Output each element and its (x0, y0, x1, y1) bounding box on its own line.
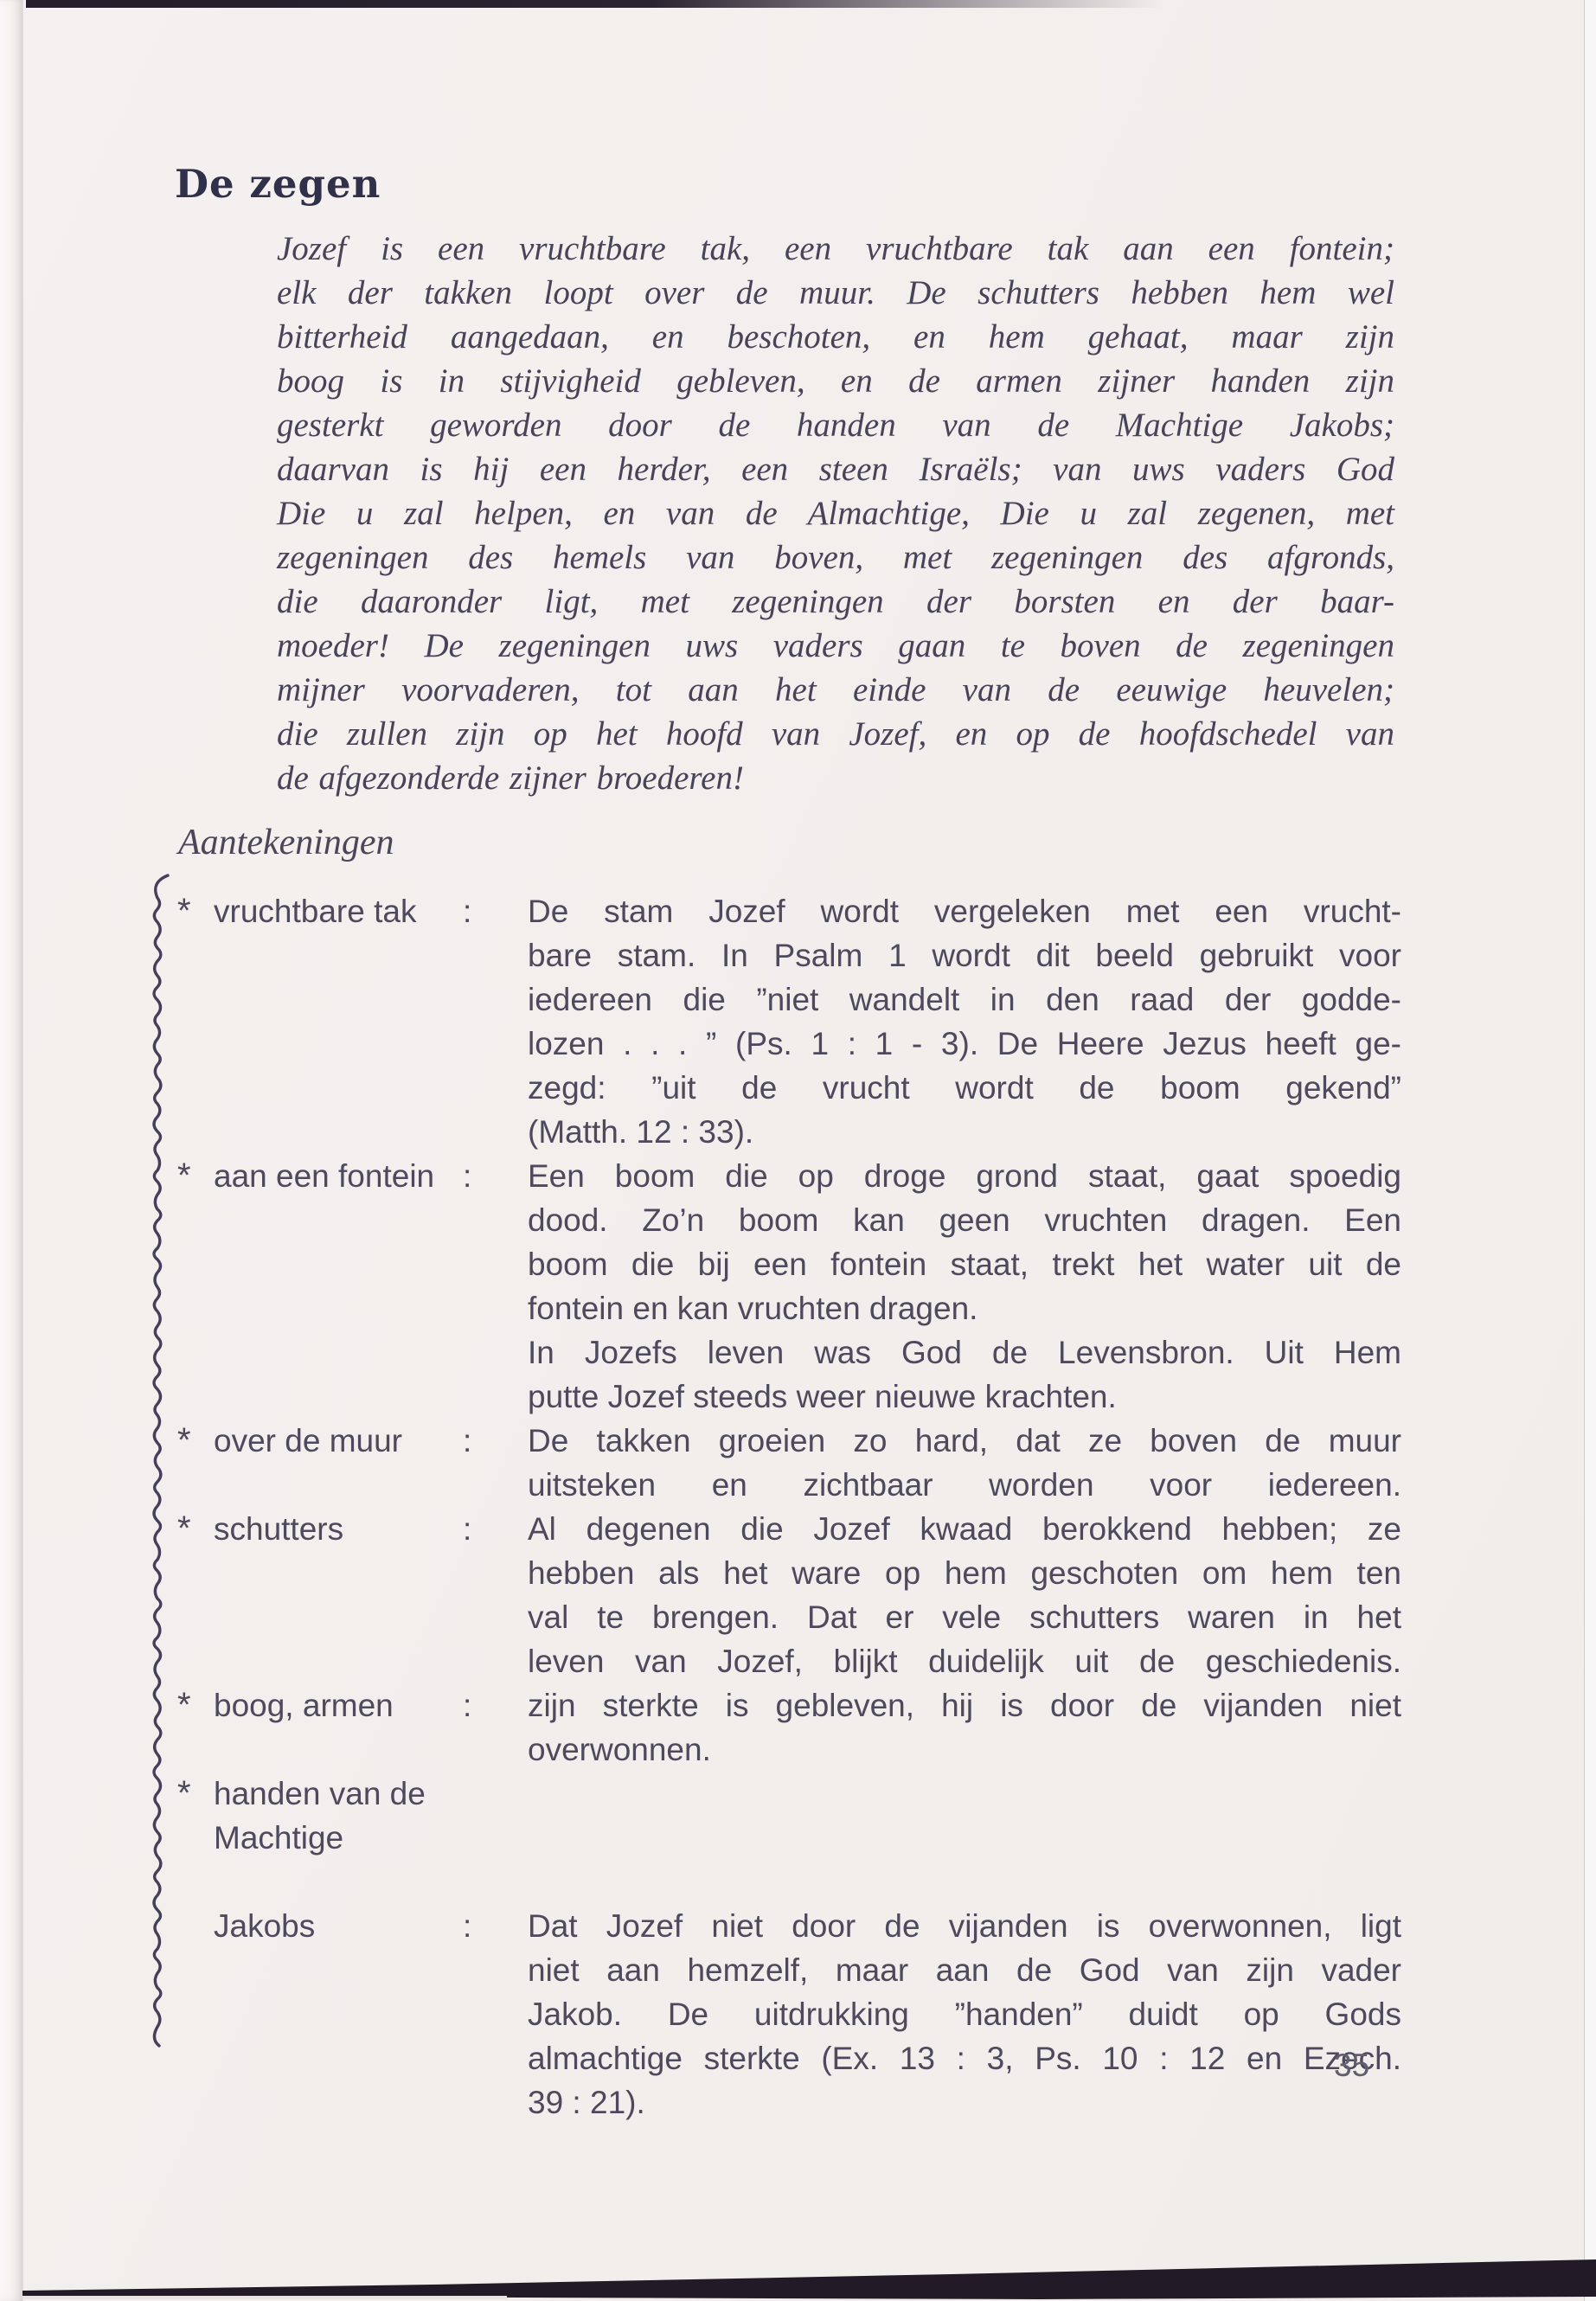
scan-top-edge-shadow (26, 0, 1163, 8)
note-def-line: zijn sterkte is gebleven, hij is door de… (528, 1683, 1401, 1727)
note-def-line: Al degenen die Jozef kwaad berokkend heb… (528, 1507, 1401, 1551)
quote-line: gesterkt geworden door de handen van de … (277, 403, 1394, 447)
note-colon-glyph: : (463, 1154, 528, 1198)
note-row: *over de muur:De takken groeien zo hard,… (177, 1419, 1401, 1507)
note-term-line: Machtige (214, 1816, 463, 1860)
note-def-line: iedereen die ”niet wandelt in den raad d… (528, 977, 1401, 1022)
page-title: De zegen (175, 161, 381, 207)
note-colon-glyph: : (463, 1683, 528, 1727)
note-def-line: almachtige sterkte (Ex. 13 : 3, Ps. 10 :… (528, 2036, 1401, 2080)
note-def-line: hebben als het ware op hem geschoten om … (528, 1551, 1401, 1595)
quote-line: de afgezonderde zijner broederen! (277, 756, 1394, 800)
note-def-line: De stam Jozef wordt vergeleken met een v… (528, 889, 1401, 933)
note-def-line: uitsteken en zichtbaar worden voor ieder… (528, 1463, 1401, 1507)
note-term: boog, armen (214, 1683, 463, 1772)
note-bullet-glyph: * (177, 1683, 214, 1727)
note-colon-glyph: : (463, 889, 528, 933)
note-bullet: * (177, 1772, 214, 2125)
note-colon: : (463, 1772, 528, 2125)
note-row: *schutters:Al degenen die Jozef kwaad be… (177, 1507, 1401, 1683)
note-bullet: * (177, 1683, 214, 1772)
note-def-line: De takken groeien zo hard, dat ze boven … (528, 1419, 1401, 1463)
note-def-line: boom die bij een fontein staat, trekt he… (528, 1242, 1401, 1286)
note-definition: Dat Jozef niet door de vijanden is overw… (528, 1772, 1401, 2125)
note-definition: De stam Jozef wordt vergeleken met een v… (528, 889, 1401, 1154)
quote-line: elk der takken loopt over de muur. De sc… (277, 271, 1394, 315)
quote-line: boog is in stijvigheid gebleven, en de a… (277, 359, 1394, 403)
note-bullet-glyph: * (177, 1419, 214, 1463)
note-row: *boog, armen:zijn sterkte is gebleven, h… (177, 1683, 1401, 1772)
quote-line: die zullen zijn op het hoofd van Jozef, … (277, 712, 1394, 756)
note-bullet: * (177, 889, 214, 1154)
quote-line: Die u zal helpen, en van de Almachtige, … (277, 491, 1394, 535)
page-number: 35 (1334, 2048, 1369, 2083)
note-colon: : (463, 1419, 528, 1507)
quote-line: mijner voorvaderen, tot aan het einde va… (277, 668, 1394, 712)
note-def-line: niet aan hemzelf, maar aan de God van zi… (528, 1948, 1401, 1992)
scan-right-edge (1584, 0, 1596, 2301)
scanned-book-page: De zegen Jozef is een vruchtbare tak, ee… (0, 0, 1596, 2301)
note-colon: : (463, 889, 528, 1154)
quote-line: daarvan is hij een herder, een steen Isr… (277, 447, 1394, 491)
note-term: aan een fontein (214, 1154, 463, 1419)
note-def-line: overwonnen. (528, 1727, 1401, 1772)
note-bullet: * (177, 1419, 214, 1507)
note-colon: : (463, 1507, 528, 1683)
note-def-line: Jakob. De uitdrukking ”handen” duidt op … (528, 1992, 1401, 2036)
note-bullet: * (177, 1154, 214, 1419)
quote-line: zegeningen des hemels van boven, met zeg… (277, 535, 1394, 580)
quote-line: bitterheid aangedaan, en beschoten, en h… (277, 315, 1394, 359)
note-bullet-glyph: * (177, 889, 214, 933)
note-colon: : (463, 1683, 528, 1772)
note-def-line: Een boom die op droge grond staat, gaat … (528, 1154, 1401, 1198)
note-def-line: In Jozefs leven was God de Levensbron. U… (528, 1330, 1401, 1375)
note-def-line: dood. Zo’n boom kan geen vruchten dragen… (528, 1198, 1401, 1242)
note-definition: zijn sterkte is gebleven, hij is door de… (528, 1683, 1401, 1772)
note-term-line: boog, armen (214, 1683, 463, 1727)
scan-left-edge (0, 0, 23, 2301)
note-def-line: 39 : 21). (528, 2080, 1401, 2125)
note-bullet: * (177, 1507, 214, 1683)
note-term: over de muur (214, 1419, 463, 1507)
note-def-line: lozen . . . ” (Ps. 1 : 1 - 3). De Heere … (528, 1022, 1401, 1066)
note-row: *handen van deMachtige Jakobs:Dat Jozef … (177, 1772, 1401, 2125)
quote-block: Jozef is een vruchtbare tak, een vruchtb… (277, 227, 1394, 800)
note-colon-glyph: : (463, 1419, 528, 1463)
note-bullet-glyph: * (177, 1772, 214, 1816)
note-definition: Een boom die op droge grond staat, gaat … (528, 1154, 1401, 1419)
notes-heading: Aantekeningen (178, 822, 394, 863)
quote-line: die daaronder ligt, met zegeningen der b… (277, 580, 1394, 624)
note-def-line: val te brengen. Dat er vele schutters wa… (528, 1595, 1401, 1639)
note-term: vruchtbare tak (214, 889, 463, 1154)
note-def-line: (Matth. 12 : 33). (528, 1110, 1401, 1154)
note-term: handen van deMachtige Jakobs (214, 1772, 463, 2125)
note-def-line: zegd: ”uit de vrucht wordt de boom geken… (528, 1066, 1401, 1110)
note-row: *vruchtbare tak:De stam Jozef wordt verg… (177, 889, 1401, 1154)
note-term-line: Jakobs (214, 1904, 463, 1948)
note-def-line: fontein en kan vruchten dragen. (528, 1286, 1401, 1330)
note-def-line: putte Jozef steeds weer nieuwe krachten. (528, 1375, 1401, 1419)
note-row: *aan een fontein:Een boom die op droge g… (177, 1154, 1401, 1419)
note-bullet-glyph: * (177, 1154, 214, 1198)
note-term-line: schutters (214, 1507, 463, 1551)
note-def-line: bare stam. In Psalm 1 wordt dit beeld ge… (528, 933, 1401, 977)
note-term-line: aan een fontein (214, 1154, 463, 1198)
quote-line: moeder! De zegeningen uws vaders gaan te… (277, 624, 1394, 668)
note-colon-glyph: : (463, 1507, 528, 1551)
note-colon: : (463, 1154, 528, 1419)
note-term-line: vruchtbare tak (214, 889, 463, 933)
note-term-line: handen van de (214, 1772, 463, 1816)
notes-rows: *vruchtbare tak:De stam Jozef wordt verg… (177, 889, 1401, 2125)
note-term-line (214, 1860, 463, 1904)
quote-line: Jozef is een vruchtbare tak, een vruchtb… (277, 227, 1394, 271)
note-definition: De takken groeien zo hard, dat ze boven … (528, 1419, 1401, 1507)
note-definition: Al degenen die Jozef kwaad berokkend heb… (528, 1507, 1401, 1683)
note-bullet-glyph: * (177, 1507, 214, 1551)
note-term-line: over de muur (214, 1419, 463, 1463)
note-def-line: leven van Jozef, blijkt duidelijk uit de… (528, 1639, 1401, 1683)
note-def-line: Dat Jozef niet door de vijanden is overw… (528, 1904, 1401, 1948)
note-colon-glyph: : (463, 1904, 528, 1948)
note-term: schutters (214, 1507, 463, 1683)
